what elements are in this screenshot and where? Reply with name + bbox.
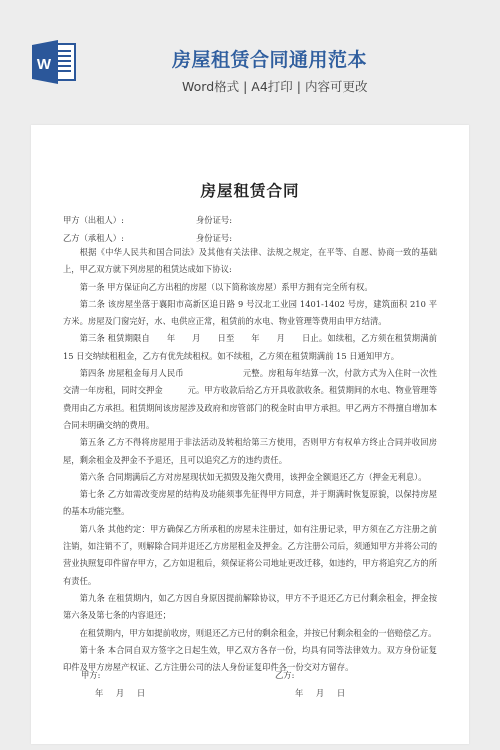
article-1: 第一条 甲方保证向乙方出租的房屋（以下简称该房屋）系甲方拥有完全所有权。	[63, 279, 437, 296]
party-b-id-label: 身份证号:	[196, 232, 232, 244]
party-b-sign-label: 乙方:	[275, 669, 345, 681]
article-9-clause-2: 在租赁期内，甲方如提前收房，则退还乙方已付的剩余租金，并按已付剩余租金的一倍赔偿…	[63, 625, 437, 642]
article-2: 第二条 该房屋坐落于襄阳市高新区追日路 9 号汉北工业园 1401-1402 号…	[63, 296, 437, 331]
party-a-sign-date: 年 月 日	[95, 687, 145, 699]
article-8: 第八条 其他约定：甲方确保乙方所承租的房屋未注册过，如有注册记录，甲方须在乙方注…	[63, 521, 437, 590]
party-a-row: 甲方（出租人）: 身份证号:	[63, 214, 124, 226]
article-6: 第六条 合同期满后乙方对房屋现状如无损毁及拖欠费用，该押金全额退还乙方（押金无利…	[63, 469, 437, 486]
banner-subtitle: Word格式 | A4打印 | 内容可更改	[182, 77, 367, 95]
party-b-label: 乙方（承租人）:	[63, 233, 124, 243]
party-a-sign-label: 甲方:	[81, 669, 145, 681]
party-b-row: 乙方（承租人）: 身份证号:	[63, 232, 124, 244]
party-a-id-label: 身份证号:	[196, 214, 232, 226]
article-9: 第九条 在租赁期内，如乙方因自身原因提前解除协议，甲方不予退还乙方已付剩余租金，…	[63, 590, 437, 625]
document-page: 房屋租赁合同 甲方（出租人）: 身份证号: 乙方（承租人）: 身份证号: 根据《…	[31, 125, 469, 744]
party-b-signature: 乙方: 年 月 日	[275, 669, 345, 699]
party-a-label: 甲方（出租人）:	[63, 215, 124, 225]
article-7: 第七条 乙方如需改变房屋的结构及功能须事先征得甲方同意，并于期满时恢复原貌，以保…	[63, 486, 437, 521]
banner-title: 房屋租赁合同通用范本	[172, 45, 367, 72]
svg-text:W: W	[37, 56, 52, 73]
word-doc-icon: W	[31, 40, 77, 84]
party-b-sign-date: 年 月 日	[295, 687, 345, 699]
article-3: 第三条 租赁期限自 年 月 日至 年 月 日止。如续租，乙方须在租赁期满前 15…	[63, 330, 437, 365]
contract-body: 根据《中华人民共和国合同法》及其他有关法律、法规之规定，在平等、自愿、协商一致的…	[63, 244, 437, 676]
document-title: 房屋租赁合同	[31, 179, 469, 201]
article-5: 第五条 乙方不得将房屋用于非法活动及转租给第三方使用，否则甲方有权单方终止合同并…	[63, 434, 437, 469]
preamble-paragraph: 根据《中华人民共和国合同法》及其他有关法律、法规之规定，在平等、自愿、协商一致的…	[63, 244, 437, 279]
article-4: 第四条 房屋租金每月人民币 元整。房租每年结算一次，付款方式为入住时一次性交清一…	[63, 365, 437, 434]
header-banner: W 房屋租赁合同通用范本 Word格式 | A4打印 | 内容可更改	[0, 0, 500, 125]
party-a-signature: 甲方: 年 月 日	[81, 669, 145, 699]
